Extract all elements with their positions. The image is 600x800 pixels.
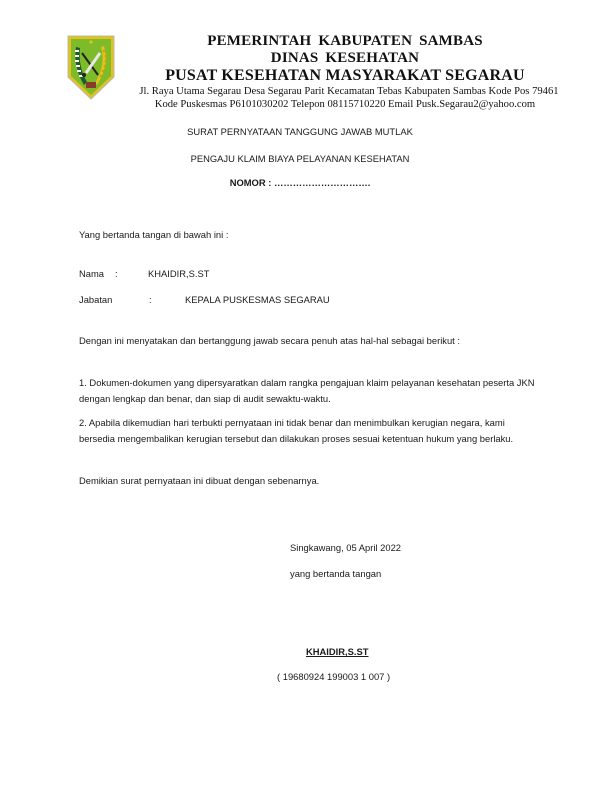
document-title: SURAT PERNYATAAN TANGGUNG JAWAB MUTLAK	[0, 126, 600, 137]
statement-intro: Dengan ini menyatakan dan bertanggung ja…	[79, 335, 460, 346]
field-sep-nama: :	[115, 268, 118, 279]
closing-text: Demikian surat pernyataan ini dibuat den…	[79, 475, 319, 486]
letterhead-department: DINAS KESEHATAN	[110, 50, 580, 67]
signature-nip: ( 19680924 199003 1 007 )	[277, 671, 390, 682]
letterhead-government: PEMERINTAH KABUPATEN SAMBAS	[110, 33, 580, 50]
field-sep-jabatan: :	[149, 294, 152, 305]
signature-caption: yang bertanda tangan	[290, 568, 381, 579]
field-label-nama: Nama	[79, 268, 104, 279]
letterhead-contact: Kode Puskesmas P6101030202 Telepon 08115…	[110, 98, 580, 111]
intro-text: Yang bertanda tangan di bawah ini :	[79, 229, 228, 240]
signature-name: KHAIDIR,S.ST	[306, 646, 369, 657]
field-value-jabatan: KEPALA PUSKESMAS SEGARAU	[185, 294, 330, 305]
signature-place-date: Singkawang, 05 April 2022	[290, 542, 401, 553]
statement-point-2: 2. Apabila dikemudian hari terbukti pern…	[79, 415, 539, 447]
letterhead-institution: PUSAT KESEHATAN MASYARAKAT SEGARAU	[110, 67, 580, 85]
document-subtitle: PENGAJU KLAIM BIAYA PELAYANAN KESEHATAN	[0, 153, 600, 164]
letterhead-address: Jl. Raya Utama Segarau Desa Segarau Pari…	[118, 85, 580, 98]
letterhead: PEMERINTAH KABUPATEN SAMBAS DINAS KESEHA…	[110, 33, 580, 111]
document-page: PEMERINTAH KABUPATEN SAMBAS DINAS KESEHA…	[0, 0, 600, 800]
document-number: NOMOR : ………………………….	[0, 177, 600, 188]
field-label-jabatan: Jabatan	[79, 294, 112, 305]
statement-point-1: 1. Dokumen-dokumen yang dipersyaratkan d…	[79, 375, 539, 407]
field-value-nama: KHAIDIR,S.ST	[148, 268, 209, 279]
